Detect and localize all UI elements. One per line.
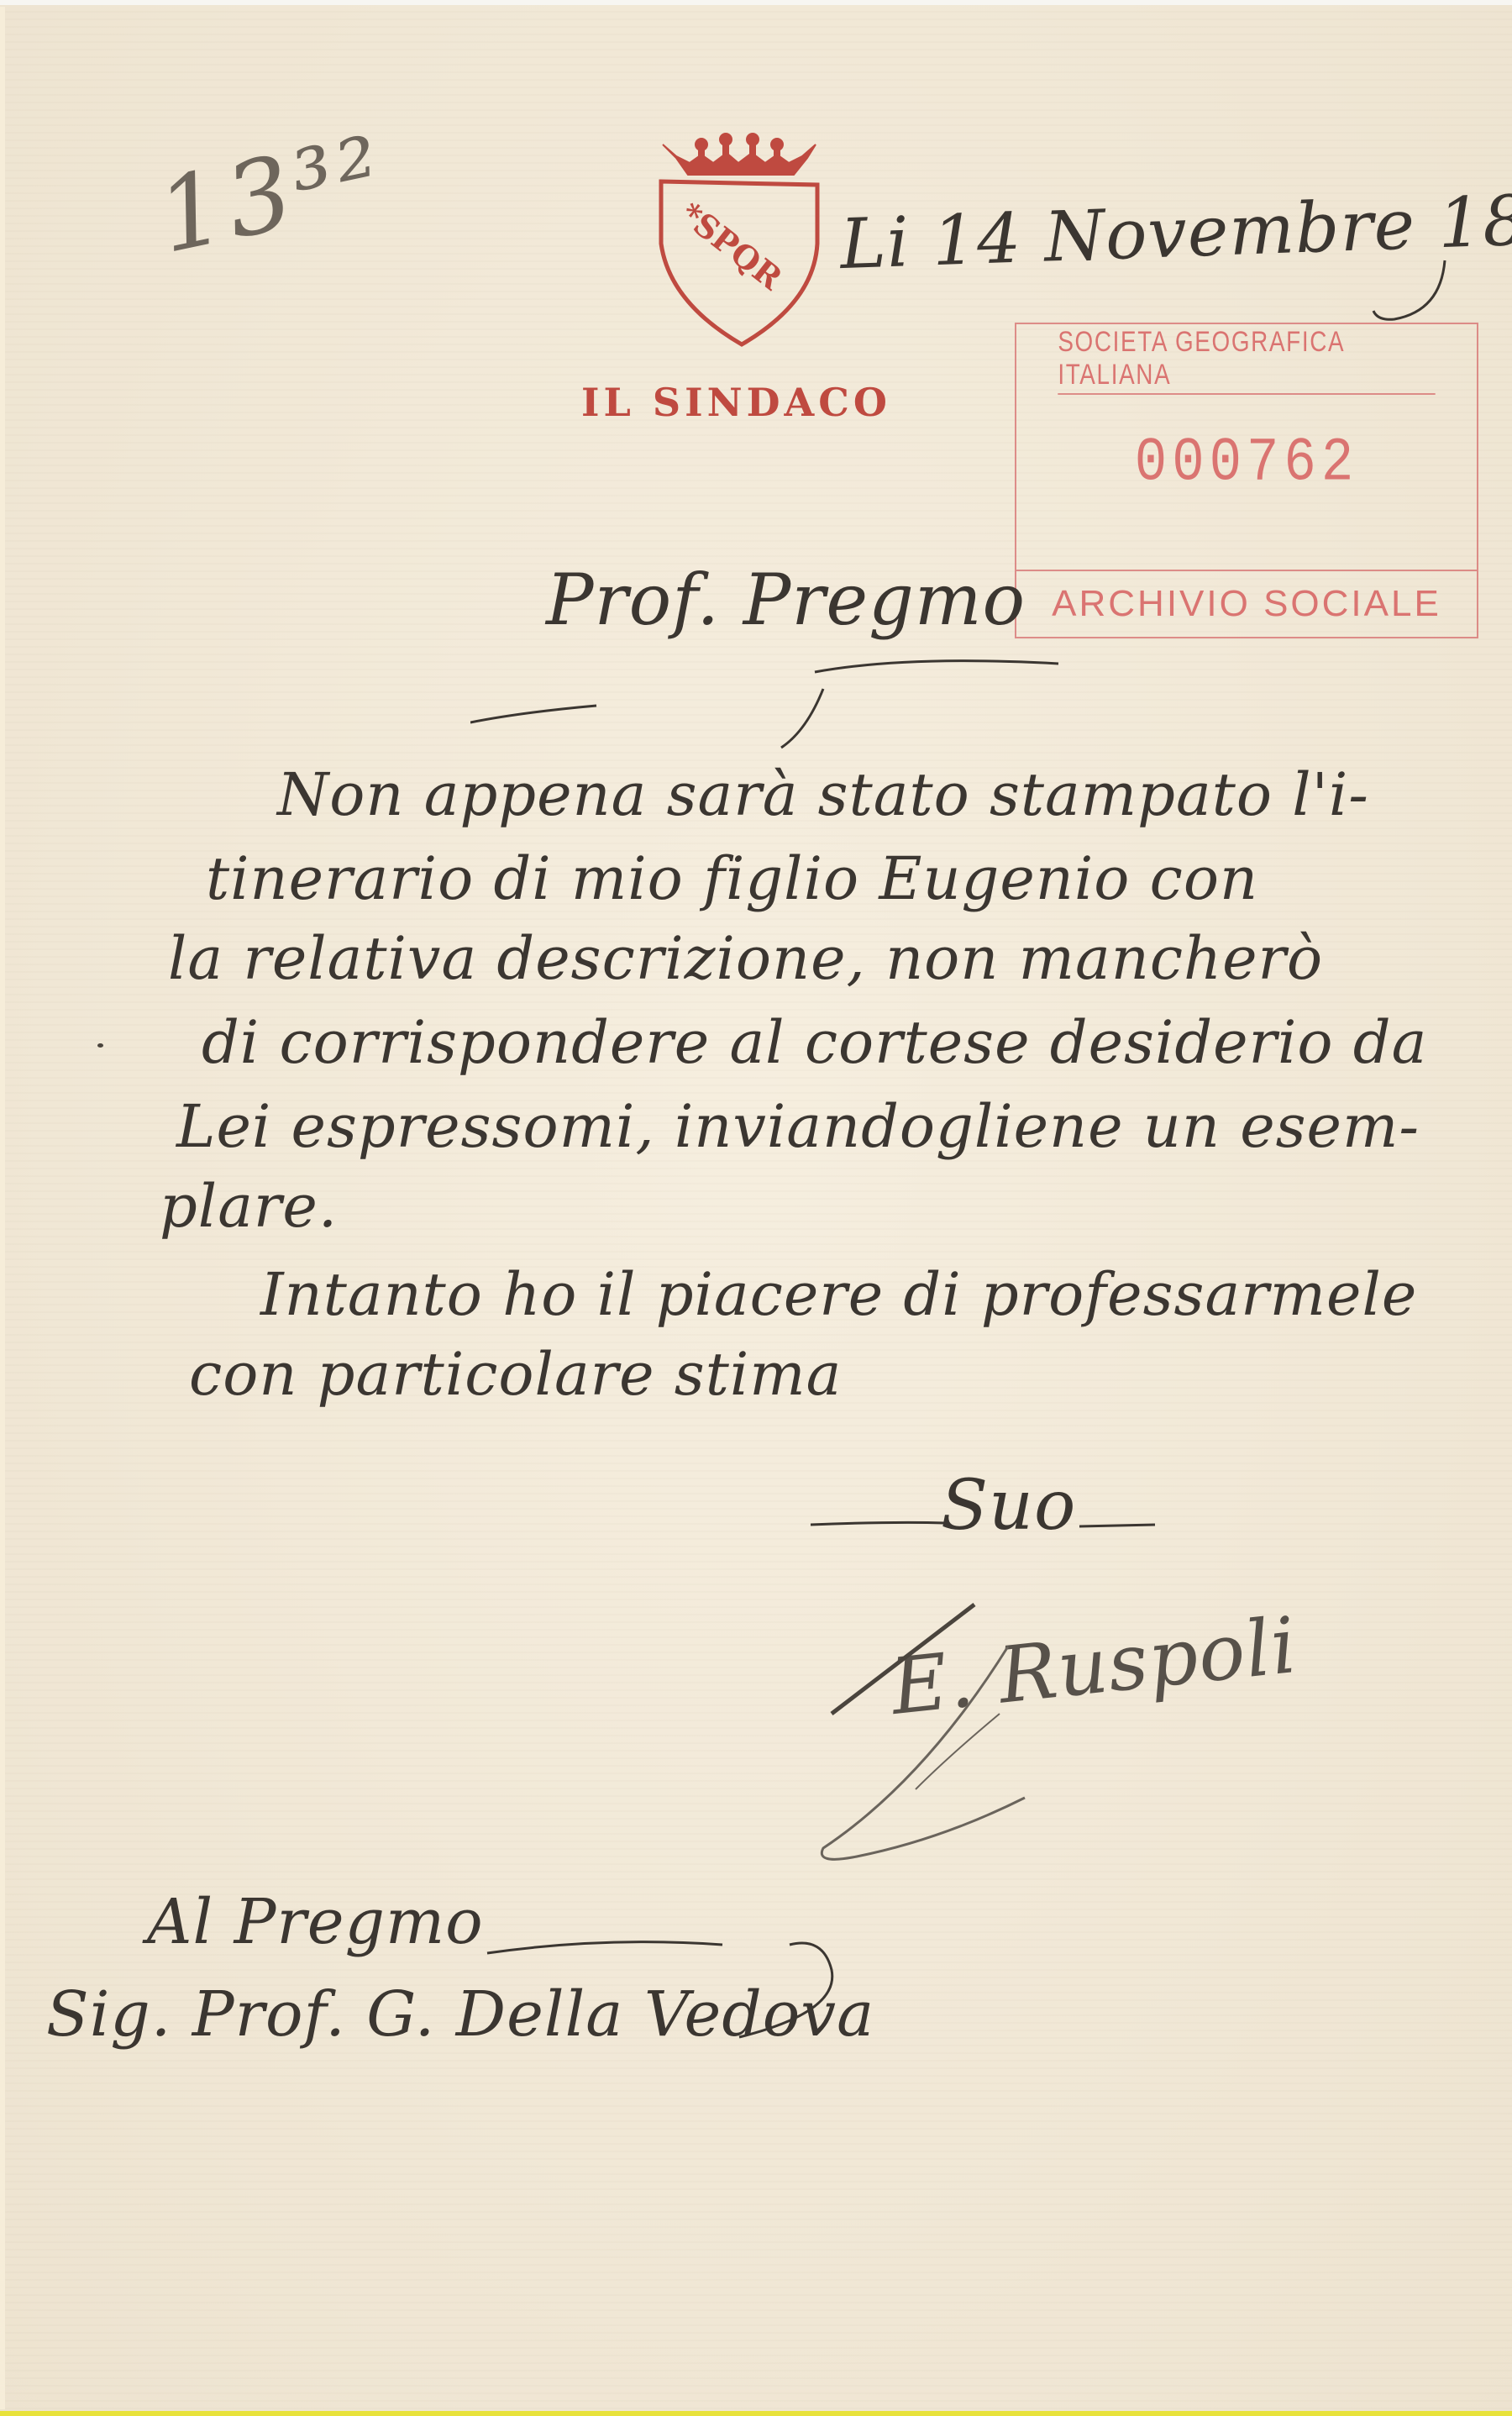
body-line-3: la relativa descrizione, non mancherò [168, 924, 1323, 993]
body-line-2: tinerario di mio figlio Eugenio con [206, 844, 1258, 913]
stamp-header: SOCIETA GEOGRAFICA ITALIANA [1058, 324, 1435, 395]
archive-stamp: SOCIETA GEOGRAFICA ITALIANA 000762 ARCHI… [1015, 323, 1478, 638]
address-line-1: Al Pregmo [147, 1886, 484, 1958]
spqr-shield-crown-icon: *SPQR [651, 126, 827, 353]
stamp-number: 000762 [1016, 429, 1477, 499]
body-line-7: Intanto ho il piacere di professarmele [260, 1260, 1417, 1329]
body-line-5: Lei espressomi, inviandogliene un esem- [176, 1092, 1420, 1161]
valediction: Suo [941, 1466, 1076, 1546]
body-line-6: plare. [160, 1172, 338, 1241]
stamp-footer: ARCHIVIO SOCIALE [1016, 570, 1477, 637]
address-line-2: Sig. Prof. G. Della Vedova [46, 1978, 874, 2051]
salutation: Prof. Pregmo [546, 559, 1026, 641]
paper-left-edge [0, 7, 5, 2409]
scan-bottom-edge [0, 2411, 1512, 2416]
body-line-4: di corrispondere al cortese desiderio da [202, 1008, 1427, 1077]
svg-text:*SPQR: *SPQR [673, 195, 790, 297]
body-line-1: Non appena sarà stato stampato l'i- [277, 760, 1369, 829]
letterhead-title: IL SINDACO [581, 380, 891, 425]
ink-dot [97, 1043, 103, 1048]
body-line-8: con particolare stima [189, 1340, 842, 1409]
